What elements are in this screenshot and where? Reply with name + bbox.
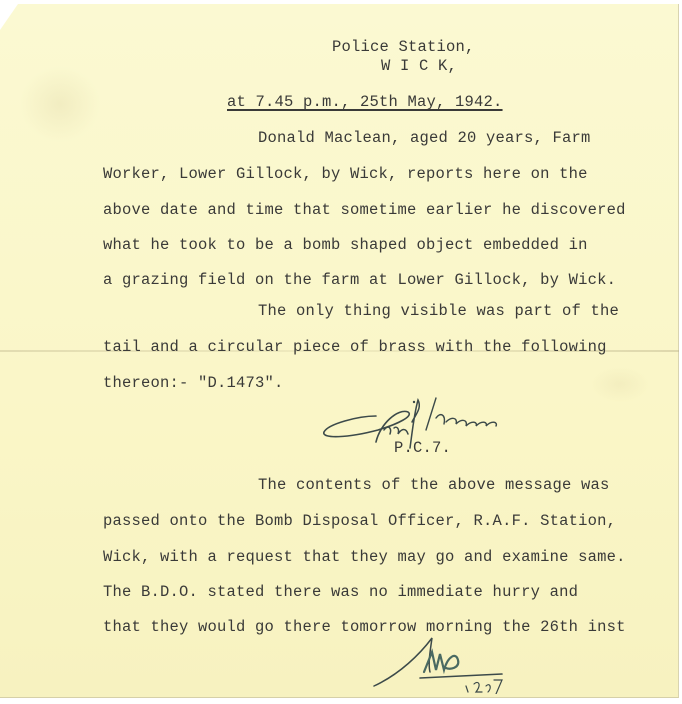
paragraph-1-line-3: above date and time that sometime earlie… [103, 203, 626, 219]
header-datetime: at 7.45 p.m., 25th May, 1942. [227, 95, 503, 111]
paragraph-3-line-1: The contents of the above message was [258, 478, 610, 494]
header-town: W I C K, [381, 59, 457, 75]
signature-initials [370, 634, 520, 694]
paragraph-1-line-1: Donald Maclean, aged 20 years, Farm [258, 131, 591, 147]
paragraph-2-line-2: tail and a circular piece of brass with … [103, 340, 607, 356]
paragraph-1-line-4: what he took to be a bomb shaped object … [103, 238, 588, 254]
document-page: Police Station, W I C K, at 7.45 p.m., 2… [0, 4, 679, 698]
torn-corner [0, 4, 18, 30]
paragraph-1-line-5: a grazing field on the farm at Lower Gil… [103, 273, 616, 289]
paragraph-3-line-4: The B.D.O. stated there was no immediate… [103, 585, 578, 601]
header-station: Police Station, [332, 40, 475, 56]
paragraph-2-line-3: thereon:- "D.1473". [103, 376, 284, 392]
signature-rank: P.C.7. [394, 441, 451, 457]
paragraph-3-line-5: that they would go there tomorrow mornin… [103, 620, 626, 636]
paragraph-3-line-3: Wick, with a request that they may go an… [103, 550, 626, 566]
paragraph-1-line-2: Worker, Lower Gillock, by Wick, reports … [103, 167, 588, 183]
paragraph-3-line-2: passed onto the Bomb Disposal Officer, R… [103, 514, 616, 530]
paragraph-2-line-1: The only thing visible was part of the [258, 304, 619, 320]
